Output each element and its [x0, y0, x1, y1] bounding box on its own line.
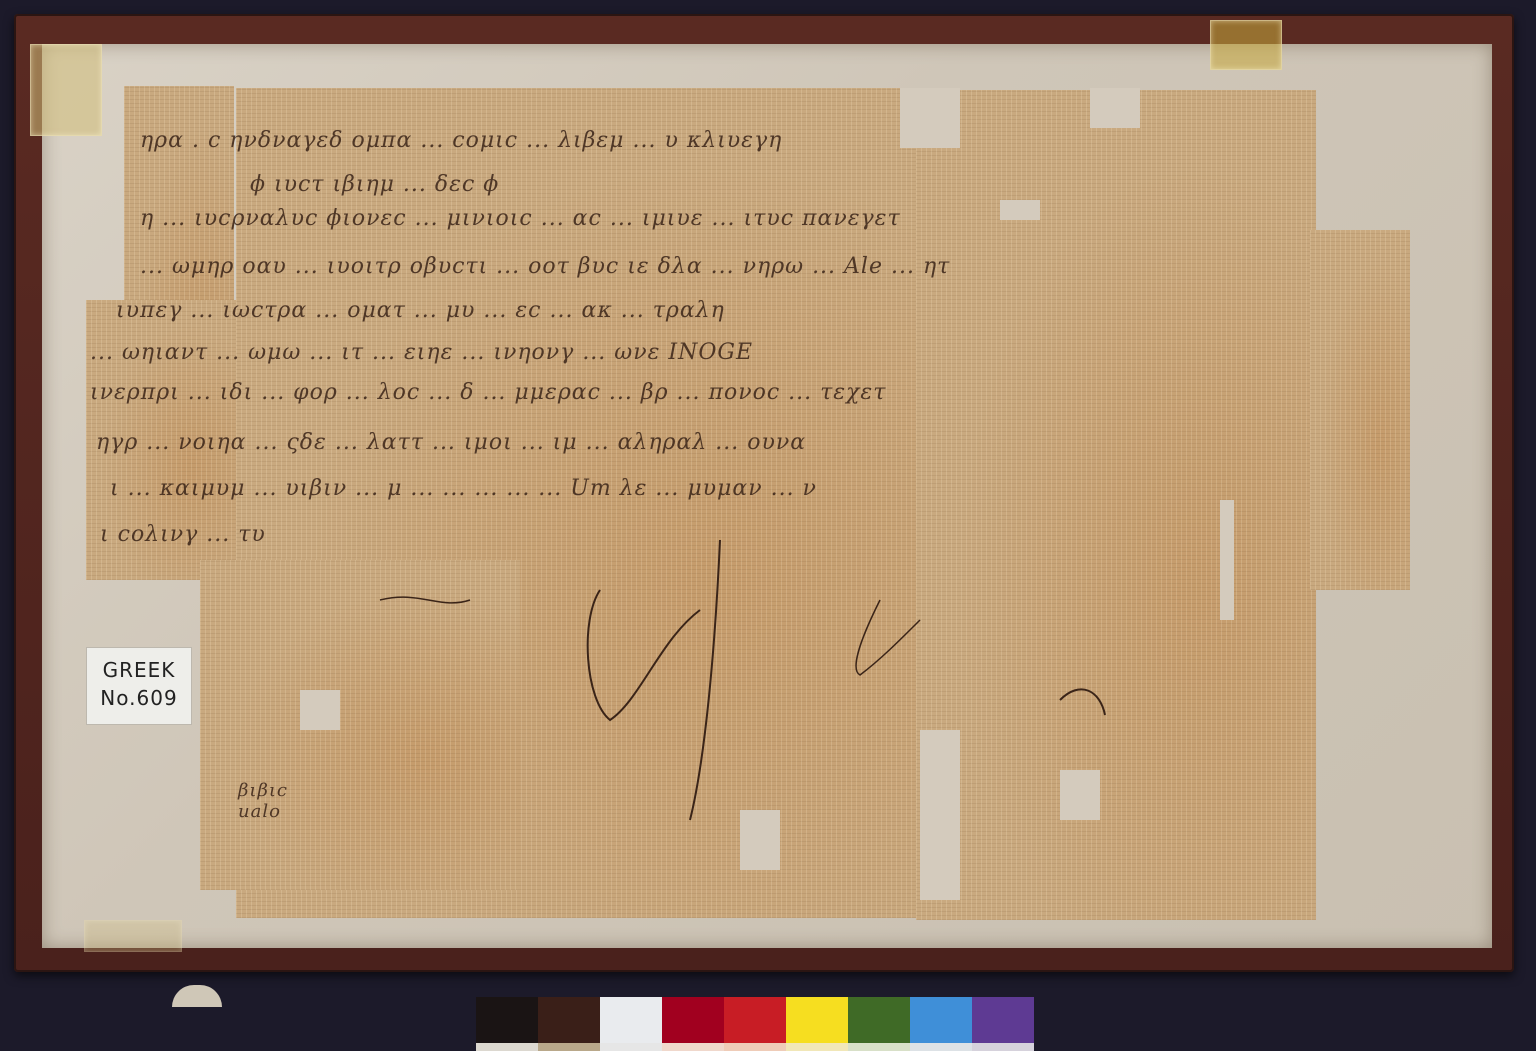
- catalog-label: GREEK No.609: [86, 647, 192, 725]
- color-patch-blue: [910, 997, 972, 1051]
- color-patch-black: [476, 997, 538, 1051]
- color-checker-bar: [476, 997, 1034, 1051]
- color-patch-green: [848, 997, 910, 1051]
- catalog-label-line2: No.609: [87, 684, 191, 712]
- color-patch-brown: [538, 997, 600, 1051]
- signature-strokes: [0, 0, 1536, 1051]
- color-patch-yellow: [786, 997, 848, 1051]
- color-patch-purple: [972, 997, 1034, 1051]
- color-patch-crimson: [662, 997, 724, 1051]
- color-patch-white: [600, 997, 662, 1051]
- color-patch-red: [724, 997, 786, 1051]
- catalog-label-line1: GREEK: [87, 656, 191, 684]
